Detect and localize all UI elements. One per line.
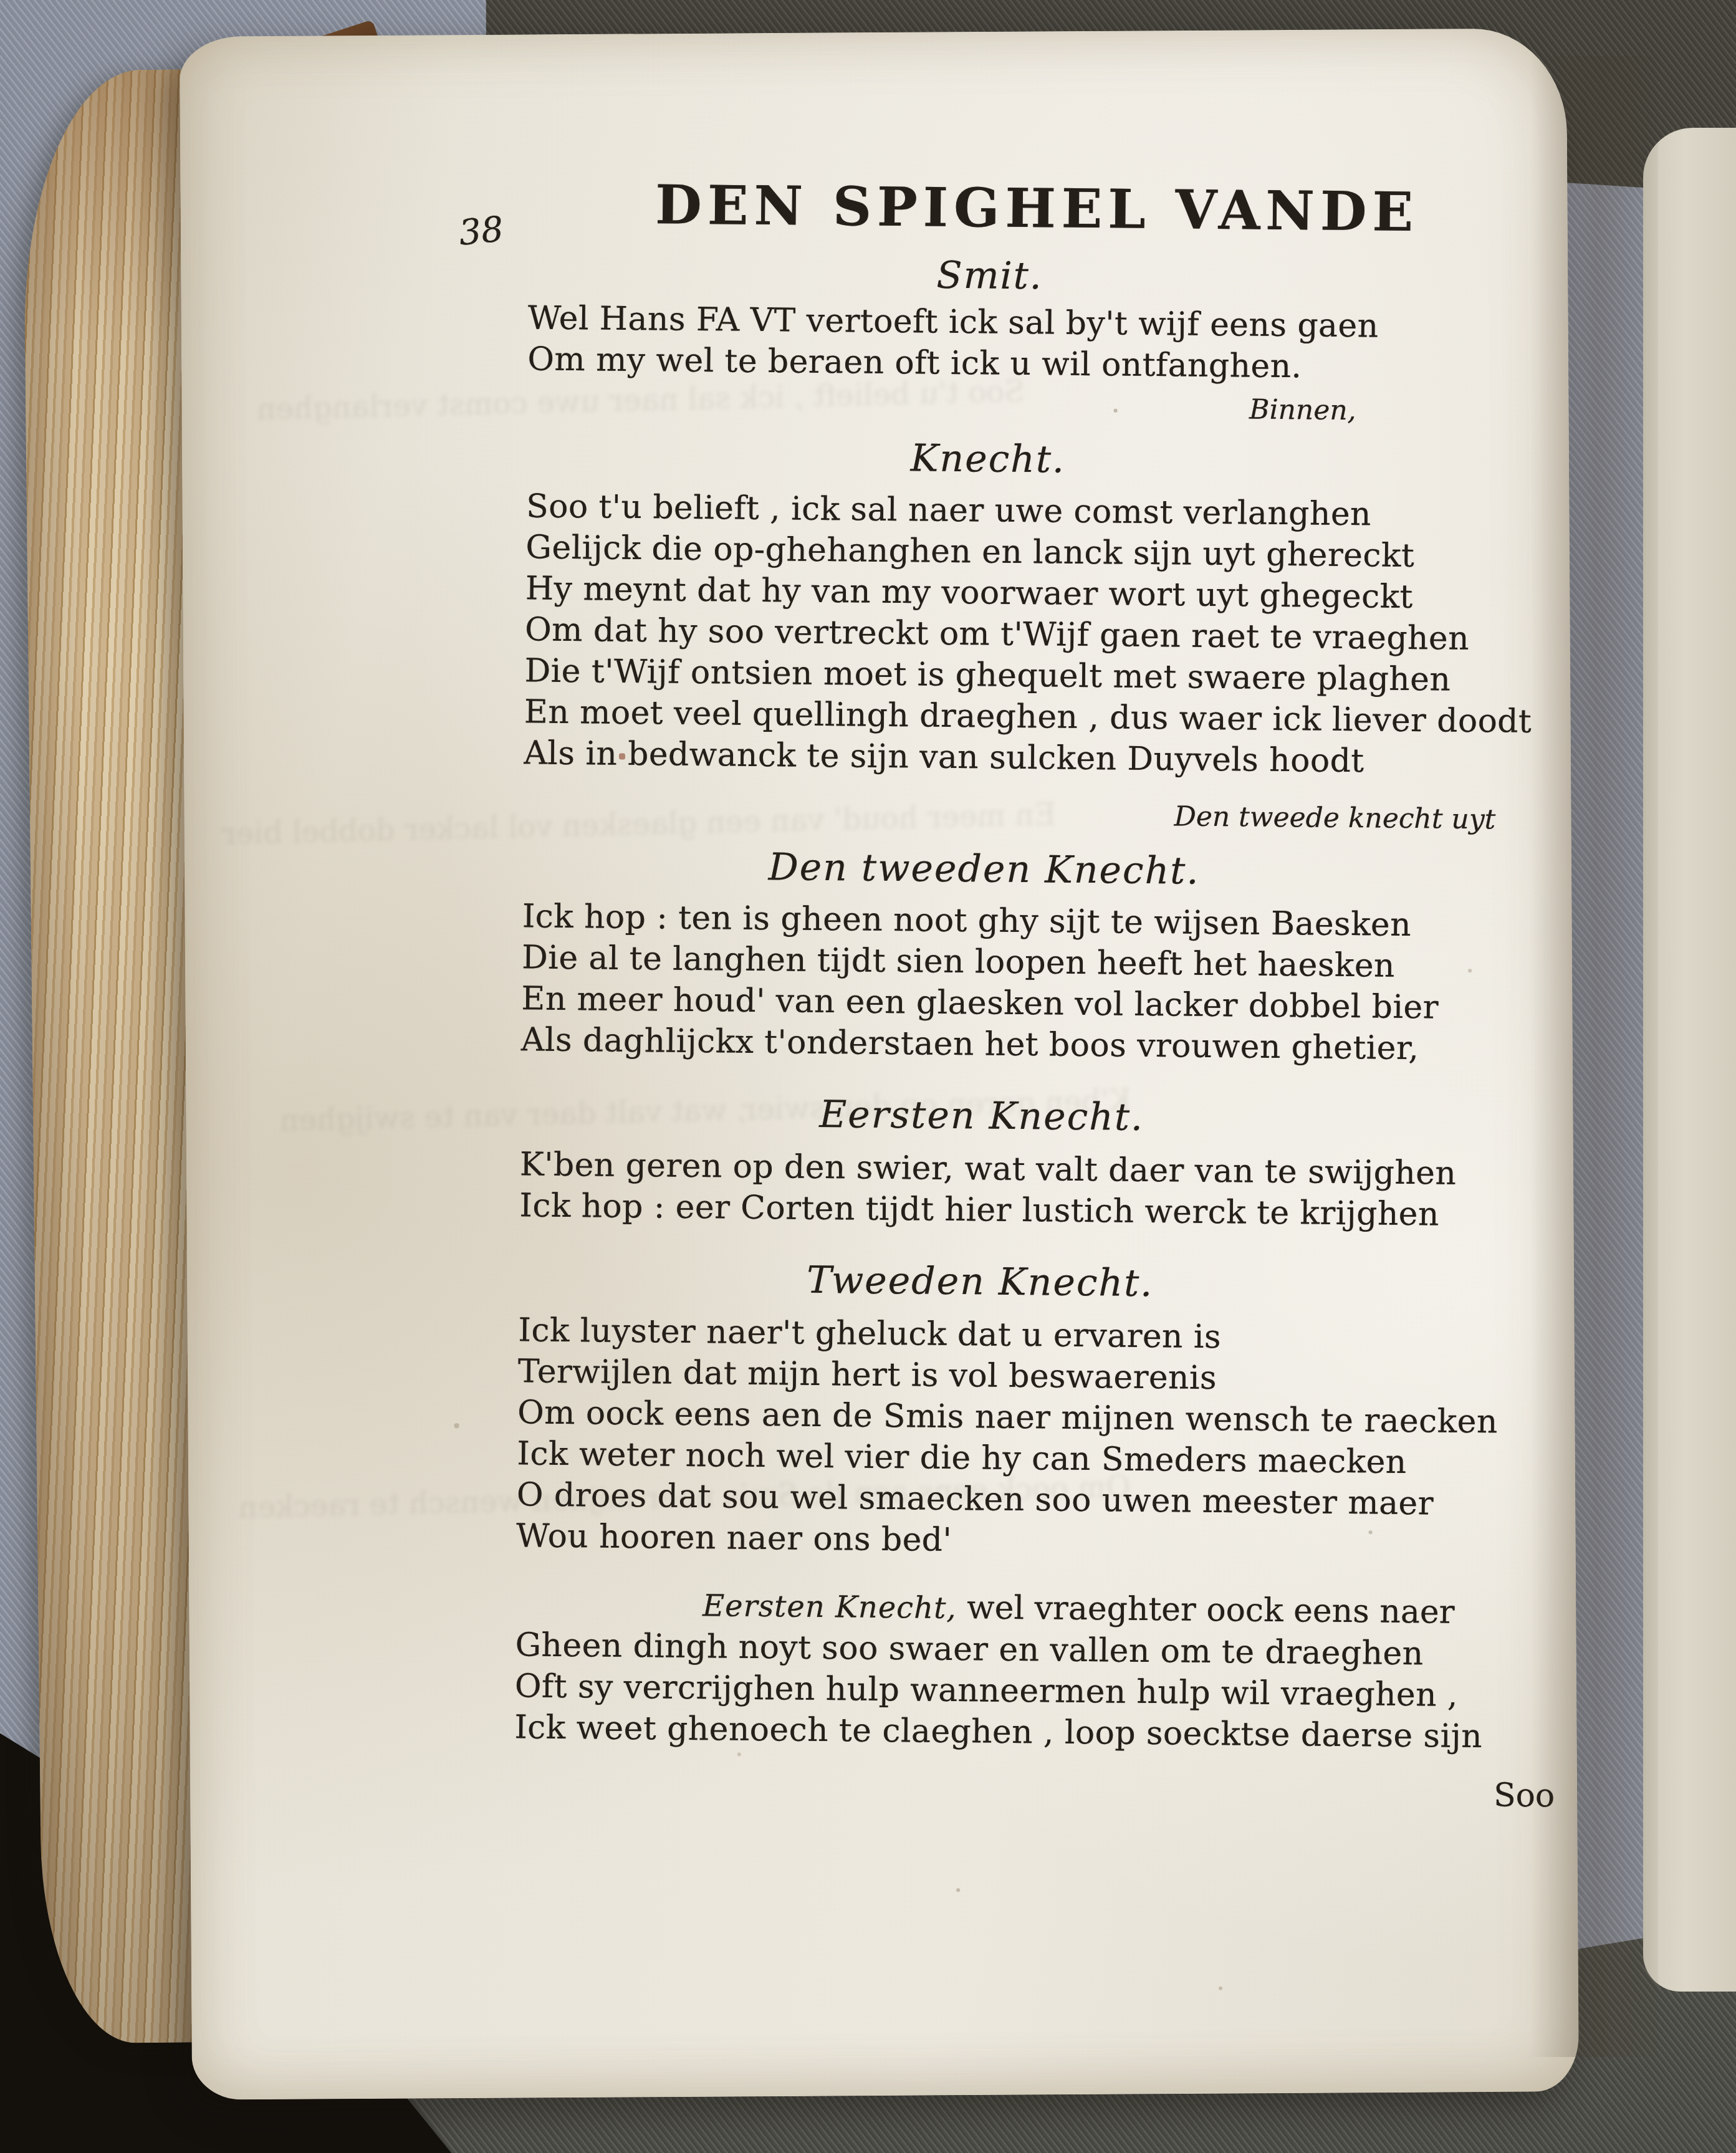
book-photo-scene: Soo t'u belieft , ick sal naer uwe comst… — [0, 0, 1736, 2153]
inline-speaker-label: Eersten Knecht, — [703, 1588, 957, 1626]
catchword: Soo — [514, 1765, 1555, 1816]
facing-page-sliver — [1643, 128, 1736, 1992]
speaker-heading-tweeden-knecht: Tweeden Knecht. — [519, 1255, 1442, 1308]
verse-line: Ick hop : eer Corten tijdt hier lustich … — [519, 1185, 1442, 1235]
verse-line: Ick weet ghenoech te claeghen , loop soe… — [514, 1707, 1437, 1757]
book-page: Soo t'u belieft , ick sal naer uwe comst… — [180, 28, 1579, 2100]
speaker-heading-eersten-knecht: Eersten Knecht. — [520, 1089, 1443, 1143]
speaker-heading-den-tweeden-knecht: Den tweeden Knecht. — [522, 842, 1446, 896]
paper-specks — [180, 37, 181, 38]
printed-text-block: 38 DEN SPIGHEL VANDE Smit. Wel Hans FA V… — [514, 173, 1452, 1815]
verse-line: Als in bedwanck te sijn van sulcken Duyv… — [524, 732, 1447, 782]
verse-line: Als daghlijckx t'onderstaen het boos vro… — [521, 1019, 1444, 1069]
running-header: DEN SPIGHEL VANDE — [529, 173, 1452, 244]
stage-direction-exit: Den tweede knecht uyt — [523, 794, 1495, 837]
speaker-heading-smit: Smit. — [528, 249, 1451, 302]
page-number: 38 — [457, 209, 505, 253]
stage-direction-binnen: Binnen, — [527, 386, 1449, 428]
inline-speaker-rest: wel vraeghter oock eens naer — [956, 1589, 1455, 1631]
speaker-heading-knecht: Knecht. — [527, 432, 1450, 486]
